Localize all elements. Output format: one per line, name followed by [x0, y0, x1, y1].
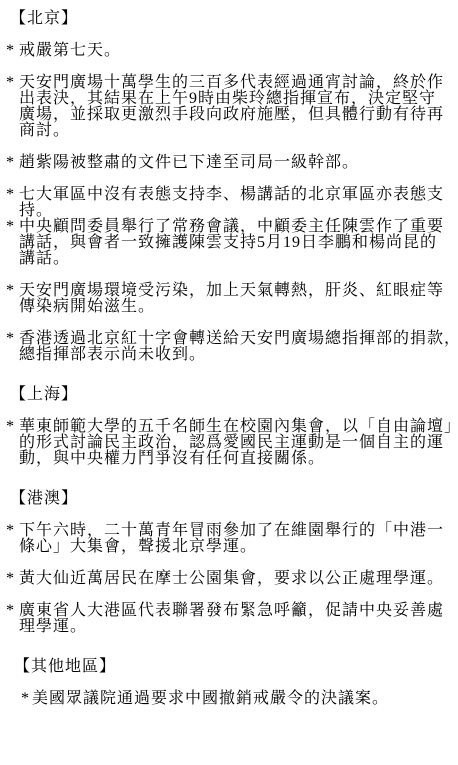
item-text: 美國眾議院通過要求中國撤銷戒嚴令的決議案。	[32, 691, 458, 707]
text-line: 條心」大集會，聲援北京學運。	[19, 539, 458, 555]
text-line: 廣場，並採取更激烈手段向政府施壓，但具體行動有待再	[19, 107, 458, 123]
text-line: 持。	[19, 203, 458, 219]
bullet-item: *廣東省人大港區代表聯署發布緊急呼籲，促請中央妥善處理學運。	[0, 603, 458, 635]
bullet-marker: *	[6, 155, 19, 171]
section-hong-kong-macau: 【港澳】*下午六時，二十萬青年冒雨參加了在維園舉行的「中港一條心」大集會，聲援北…	[0, 491, 458, 635]
item-text: 華東師範大學的五千名師生在校園內集會，以「自由論壇」的形式討論民主政治，認爲愛國…	[19, 419, 458, 467]
item-text: 中央顧問委員舉行了常務會議，中顧委主任陳雲作了重要講話，與會者一致擁護陳雲支持5…	[19, 219, 458, 267]
bullet-item: *香港透過北京紅十字會轉送給天安門廣場總指揮部的捐款，總指揮部表示尚未收到。	[0, 331, 458, 363]
bullet-marker: *	[6, 603, 19, 619]
text-line: 美國眾議院通過要求中國撤銷戒嚴令的決議案。	[32, 691, 458, 707]
bullet-item: *下午六時，二十萬青年冒雨參加了在維園舉行的「中港一條心」大集會，聲援北京學運。	[0, 523, 458, 555]
bullet-item: *七大軍區中沒有表態支持李、楊講話的北京軍區亦表態支持。	[0, 187, 458, 219]
bullet-item: *趙紫陽被整肅的文件已下達至司局一級幹部。	[0, 155, 458, 171]
text-line: 總指揮部表示尚未收到。	[19, 347, 458, 363]
bullet-marker: *	[6, 283, 19, 299]
text-line: 戒嚴第七天。	[19, 43, 458, 59]
text-line: 中央顧問委員舉行了常務會議，中顧委主任陳雲作了重要	[19, 219, 458, 235]
text-line: 天安門廣場十萬學生的三百多代表經過通宵討論，終於作	[19, 75, 458, 91]
text-line: 動，與中央權力鬥爭沒有任何直接關係。	[19, 451, 458, 467]
bullet-item: *天安門廣場十萬學生的三百多代表經過通宵討論，終於作出表決，其結果在上午9時由柴…	[0, 75, 458, 139]
bullet-marker: *	[6, 331, 19, 347]
text-line: 趙紫陽被整肅的文件已下達至司局一級幹部。	[19, 155, 458, 171]
text-line: 的形式討論民主政治，認爲愛國民主運動是一個自主的運	[19, 435, 458, 451]
bullet-item: *中央顧問委員舉行了常務會議，中顧委主任陳雲作了重要講話，與會者一致擁護陳雲支持…	[0, 219, 458, 267]
text-line: 七大軍區中沒有表態支持李、楊講話的北京軍區亦表態支	[19, 187, 458, 203]
bullet-marker: *	[6, 571, 19, 587]
text-line: 講話。	[19, 251, 458, 267]
bullet-item: *天安門廣場環境受污染，加上天氣轉熱，肝炎、紅眼症等傳染病開始滋生。	[0, 283, 458, 315]
text-line: 理學運。	[19, 619, 458, 635]
document: 【北京】*戒嚴第七天。*天安門廣場十萬學生的三百多代表經過通宵討論，終於作出表決…	[0, 0, 458, 707]
item-text: 天安門廣場環境受污染，加上天氣轉熱，肝炎、紅眼症等傳染病開始滋生。	[19, 283, 458, 315]
bullet-marker: *	[6, 75, 19, 91]
bullet-item: *美國眾議院通過要求中國撤銷戒嚴令的決議案。	[0, 691, 458, 707]
item-text: 天安門廣場十萬學生的三百多代表經過通宵討論，終於作出表決，其結果在上午9時由柴玲…	[19, 75, 458, 139]
item-text: 黃大仙近萬居民在摩士公園集會，要求以公正處理學運。	[19, 571, 458, 587]
item-text: 香港透過北京紅十字會轉送給天安門廣場總指揮部的捐款，總指揮部表示尚未收到。	[19, 331, 458, 363]
text-line: 出表決，其結果在上午9時由柴玲總指揮宣布，決定堅守	[19, 91, 458, 107]
text-line: 天安門廣場環境受污染，加上天氣轉熱，肝炎、紅眼症等	[19, 283, 458, 299]
bullet-item: *戒嚴第七天。	[0, 43, 458, 59]
text-line: 香港透過北京紅十字會轉送給天安門廣場總指揮部的捐款，	[19, 331, 458, 347]
item-text: 下午六時，二十萬青年冒雨參加了在維園舉行的「中港一條心」大集會，聲援北京學運。	[19, 523, 458, 555]
text-line: 華東師範大學的五千名師生在校園內集會，以「自由論壇」	[19, 419, 458, 435]
bullet-item: *華東師範大學的五千名師生在校園內集會，以「自由論壇」的形式討論民主政治，認爲愛…	[0, 419, 458, 467]
item-text: 七大軍區中沒有表態支持李、楊講話的北京軍區亦表態支持。	[19, 187, 458, 219]
text-line: 下午六時，二十萬青年冒雨參加了在維園舉行的「中港一	[19, 523, 458, 539]
text-line: 黃大仙近萬居民在摩士公園集會，要求以公正處理學運。	[19, 571, 458, 587]
bullet-marker: *	[6, 187, 19, 203]
section-title: 【北京】	[0, 11, 458, 27]
section-title: 【上海】	[0, 387, 458, 403]
text-line: 商討。	[19, 123, 458, 139]
bullet-marker: *	[21, 691, 32, 707]
section-title: 【其他地區】	[0, 659, 458, 675]
text-line: 講話，與會者一致擁護陳雲支持5月19日李鵬和楊尚昆的	[19, 235, 458, 251]
bullet-marker: *	[6, 43, 19, 59]
bullet-marker: *	[6, 219, 19, 235]
text-line: 廣東省人大港區代表聯署發布緊急呼籲，促請中央妥善處	[19, 603, 458, 619]
item-text: 趙紫陽被整肅的文件已下達至司局一級幹部。	[19, 155, 458, 171]
section-shanghai: 【上海】*華東師範大學的五千名師生在校園內集會，以「自由論壇」的形式討論民主政治…	[0, 387, 458, 467]
section-beijing: 【北京】*戒嚴第七天。*天安門廣場十萬學生的三百多代表經過通宵討論，終於作出表決…	[0, 11, 458, 363]
bullet-marker: *	[6, 419, 19, 435]
bullet-marker: *	[6, 523, 19, 539]
item-text: 戒嚴第七天。	[19, 43, 458, 59]
item-text: 廣東省人大港區代表聯署發布緊急呼籲，促請中央妥善處理學運。	[19, 603, 458, 635]
text-line: 傳染病開始滋生。	[19, 299, 458, 315]
section-title: 【港澳】	[0, 491, 458, 507]
bullet-item: *黃大仙近萬居民在摩士公園集會，要求以公正處理學運。	[0, 571, 458, 587]
section-other-regions: 【其他地區】*美國眾議院通過要求中國撤銷戒嚴令的決議案。	[0, 659, 458, 707]
